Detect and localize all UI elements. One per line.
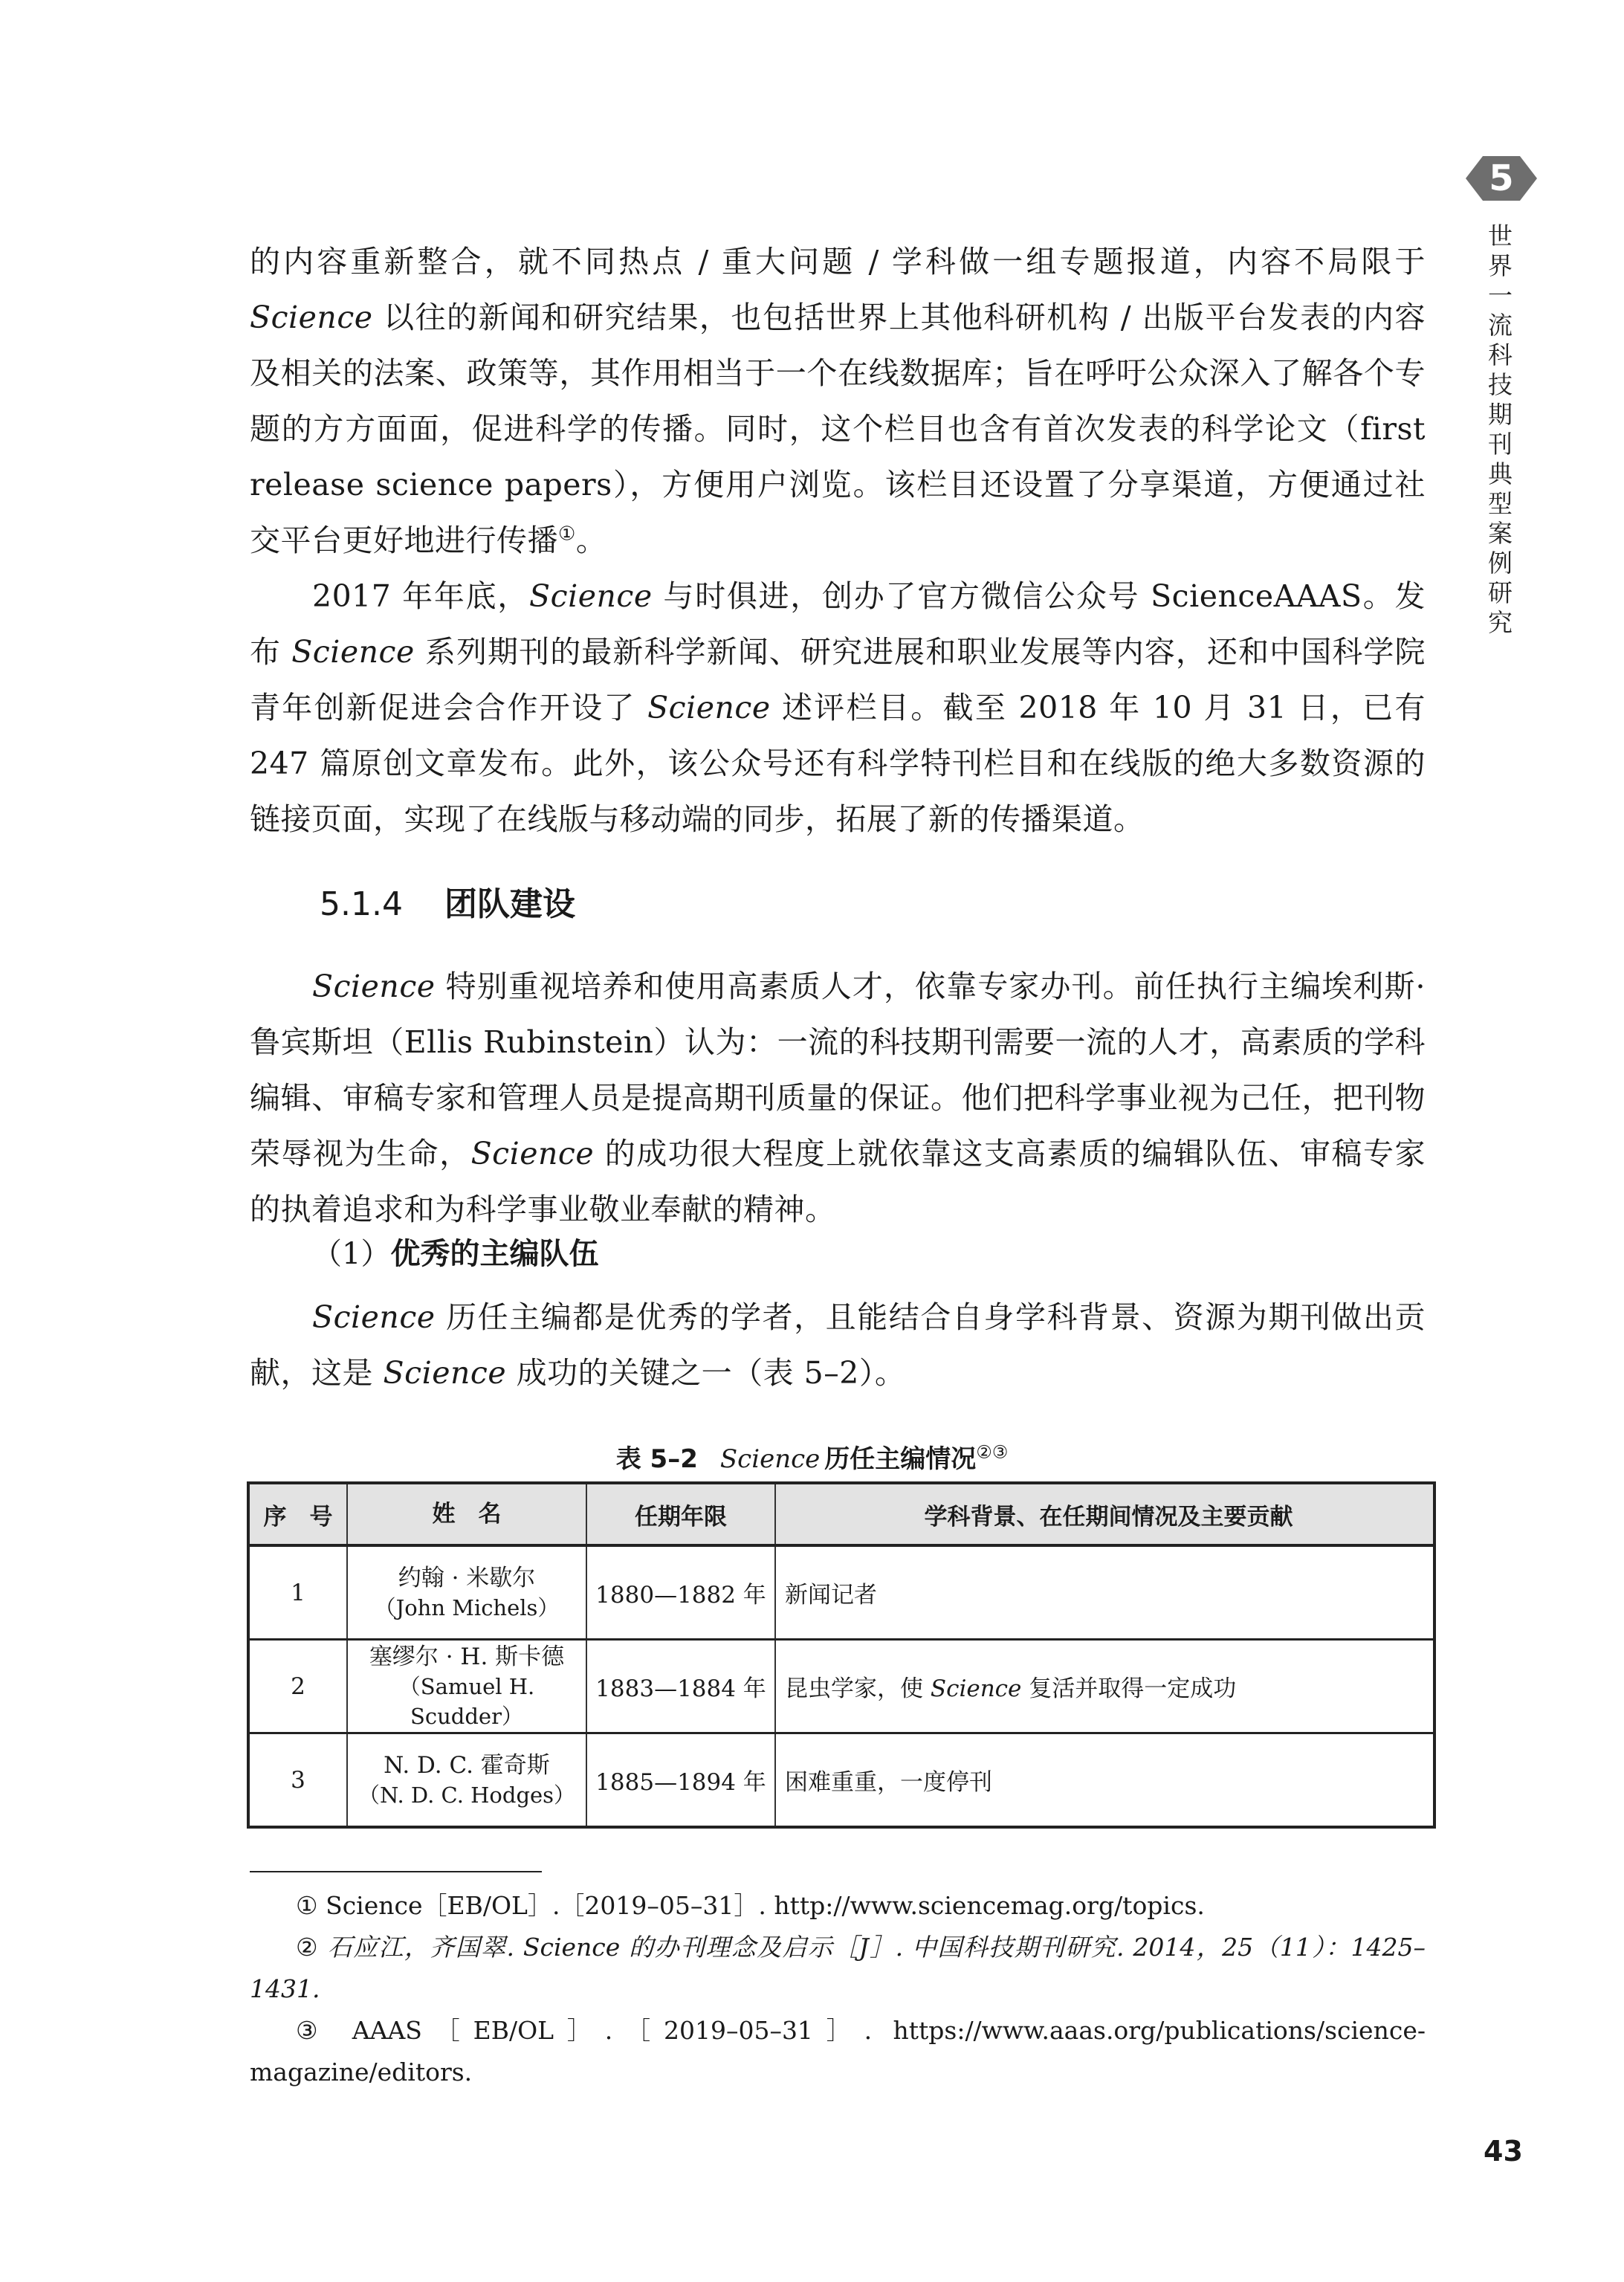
name-cn: N. D. C. 霍奇斯: [349, 1751, 585, 1780]
chapter-running-title: 世界一流科技期刊典型案例研究: [1488, 222, 1515, 638]
footnote-authors: 石应江，齐国翠.: [319, 1933, 523, 1962]
chapter-number-hexagon-icon: 5: [1466, 156, 1537, 201]
term-years: 1883—1884 年: [586, 1640, 775, 1733]
section-number: 5.1.4: [320, 885, 403, 923]
table-row: 2 塞缪尔 · H. 斯卡德（Samuel H. Scudder） 1883—1…: [248, 1640, 1434, 1733]
header-name: 姓 名: [347, 1483, 586, 1545]
table-header-row: 序 号 姓 名 任期年限 学科背景、在任期间情况及主要贡献: [248, 1483, 1434, 1545]
footnote-ref[interactable]: ②③: [976, 1442, 1008, 1463]
table-label: 表 5–2: [616, 1444, 698, 1474]
header-term: 任期年限: [586, 1483, 775, 1545]
text: 困难重重，一度停刊: [785, 1769, 992, 1796]
journal-name: Science: [529, 578, 653, 614]
journal-name: Science: [250, 300, 373, 335]
subsection-heading: （1）优秀的主编队伍: [312, 1230, 598, 1273]
text: 。: [576, 523, 607, 558]
text: 的内容重新整合，就不同热点 / 重大问题 / 学科做一组专题报道，内容不局限于: [250, 244, 1426, 279]
text: 新闻记者: [785, 1582, 877, 1609]
paragraph-continuation: 的内容重新整合，就不同热点 / 重大问题 / 学科做一组专题报道，内容不局限于S…: [250, 234, 1426, 569]
row-number: 2: [248, 1640, 347, 1733]
text: 以往的新闻和研究结果，也包括世界上其他科研机构 / 出版平台发表的内容及相关的法…: [250, 300, 1426, 558]
journal-name: Science: [931, 1675, 1022, 1702]
description: 新闻记者: [775, 1545, 1434, 1640]
journal-name: Science: [647, 690, 771, 725]
name-cn: 约翰 · 米歇尔: [349, 1563, 585, 1593]
editors-table: 序 号 姓 名 任期年限 学科背景、在任期间情况及主要贡献 1 约翰 · 米歇尔…: [247, 1481, 1436, 1829]
description: 困难重重，一度停刊: [775, 1733, 1434, 1828]
editor-name: N. D. C. 霍奇斯（N. D. C. Hodges）: [347, 1733, 586, 1828]
journal-name: Science: [291, 634, 415, 670]
footnote-text[interactable]: Science［EB/OL］.［2019–05–31］. http://www.…: [318, 1891, 1205, 1920]
footnote-mark: ①: [296, 1891, 318, 1920]
footnotes: ① Science［EB/OL］.［2019–05–31］. http://ww…: [250, 1885, 1426, 2093]
footnote-ref[interactable]: ①: [558, 523, 576, 545]
chapter-side-tab: 5 世界一流科技期刊典型案例研究: [1466, 156, 1540, 638]
journal-name: Science: [312, 969, 436, 1004]
term-years: 1885—1894 年: [586, 1733, 775, 1828]
book-page: 5 世界一流科技期刊典型案例研究 的内容重新整合，就不同热点 / 重大问题 / …: [0, 0, 1624, 2282]
journal-name: Science: [720, 1444, 820, 1474]
footnote-mark: ③: [296, 2016, 331, 2045]
row-number: 3: [248, 1733, 347, 1828]
paragraph-editors: Science 历任主编都是优秀的学者，且能结合自身学科背景、资源为期刊做出贡献…: [250, 1290, 1426, 1401]
page-number: 43: [1484, 2135, 1523, 2168]
journal-name: Science: [312, 1299, 436, 1335]
section-heading: 5.1.4团队建设: [320, 877, 575, 925]
footnote-mark: ②: [296, 1933, 319, 1962]
name-en: （John Michels）: [349, 1593, 585, 1623]
header-number: 序 号: [248, 1483, 347, 1545]
section-title: 团队建设: [444, 885, 575, 923]
table-caption: 表 5–2Science历任主编情况②③: [0, 1438, 1624, 1475]
footnote-1: ① Science［EB/OL］.［2019–05–31］. http://ww…: [250, 1885, 1426, 1927]
text: 2017 年年底，: [312, 578, 529, 614]
name-cn: 塞缪尔 · H. 斯卡德: [349, 1642, 585, 1672]
name-en: （Samuel H. Scudder）: [349, 1672, 585, 1731]
footnote-divider: [250, 1871, 542, 1872]
term-years: 1880—1882 年: [586, 1545, 775, 1640]
text: 复活并取得一定成功: [1021, 1675, 1236, 1702]
text: 成功的关键之一（表 5–2）。: [506, 1355, 905, 1391]
footnote-text[interactable]: AAAS［EB/OL］.［2019–05–31］. https://www.aa…: [250, 2016, 1426, 2087]
editor-name: 塞缪尔 · H. 斯卡德（Samuel H. Scudder）: [347, 1640, 586, 1733]
header-background: 学科背景、在任期间情况及主要贡献: [775, 1483, 1434, 1545]
journal-name: Science: [471, 1136, 595, 1171]
description: 昆虫学家，使 Science 复活并取得一定成功: [775, 1640, 1434, 1733]
table-row: 3 N. D. C. 霍奇斯（N. D. C. Hodges） 1885—189…: [248, 1733, 1434, 1828]
footnote-3: ③ AAAS［EB/OL］.［2019–05–31］. https://www.…: [250, 2010, 1426, 2093]
table-row: 1 约翰 · 米歇尔（John Michels） 1880—1882 年 新闻记…: [248, 1545, 1434, 1640]
subsection-title: 优秀的主编队伍: [390, 1237, 598, 1271]
name-en: （N. D. C. Hodges）: [349, 1780, 585, 1810]
table-title: 历任主编情况: [824, 1444, 976, 1474]
paragraph-wechat: 2017 年年底，Science 与时俱进，创办了官方微信公众号 Science…: [250, 569, 1426, 847]
chapter-number: 5: [1489, 158, 1513, 199]
journal-name: Science: [523, 1933, 620, 1962]
text: 昆虫学家，使: [785, 1675, 931, 1702]
editor-name: 约翰 · 米歇尔（John Michels）: [347, 1545, 586, 1640]
subsection-number: （1）: [312, 1237, 390, 1271]
journal-name: Science: [384, 1355, 507, 1391]
row-number: 1: [248, 1545, 347, 1640]
footnote-2: ② 石应江，齐国翠. Science 的办刊理念及启示［J］. 中国科技期刊研究…: [250, 1927, 1426, 2010]
paragraph-team: Science 特别重视培养和使用高素质人才，依靠专家办刊。前任执行主编埃利斯·…: [250, 959, 1426, 1238]
